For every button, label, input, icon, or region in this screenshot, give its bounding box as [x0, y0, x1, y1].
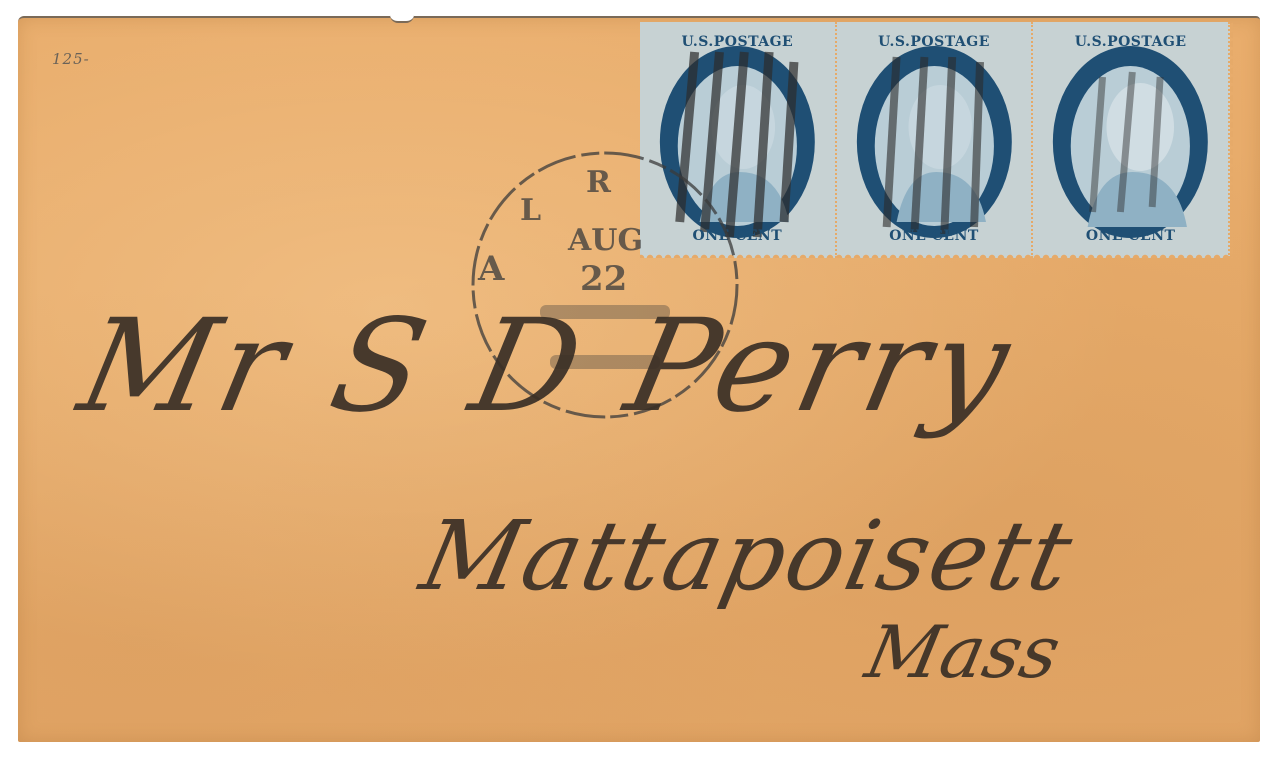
stamp-3: U.S.POSTAGE ONE CENT [1033, 22, 1230, 258]
postmark-day: 22 [580, 259, 627, 299]
postmark-ring-letter: L [520, 193, 541, 228]
cover-edge-notch [390, 15, 414, 23]
pencil-price-note: 125- [52, 50, 90, 68]
stamp-top-text: U.S.POSTAGE [640, 34, 835, 50]
circular-datestamp-postmark: A L R AUG 22 [460, 140, 750, 430]
stamp-perforation-edge [1227, 22, 1233, 258]
stamp-denomination: ONE CENT [1033, 228, 1228, 244]
stamp-top-text: U.S.POSTAGE [1033, 34, 1228, 50]
stamp-denomination: ONE CENT [837, 228, 1032, 244]
franklin-portrait-icon [1033, 22, 1228, 258]
franklin-portrait-icon [837, 22, 1032, 258]
postmark-ring-letter: A [477, 249, 505, 289]
stamp-2: U.S.POSTAGE ONE CENT [837, 22, 1034, 258]
postmark-month: AUG [567, 223, 643, 258]
stamp-top-text: U.S.POSTAGE [837, 34, 1032, 50]
postmark-ring-letter: R [586, 165, 612, 200]
